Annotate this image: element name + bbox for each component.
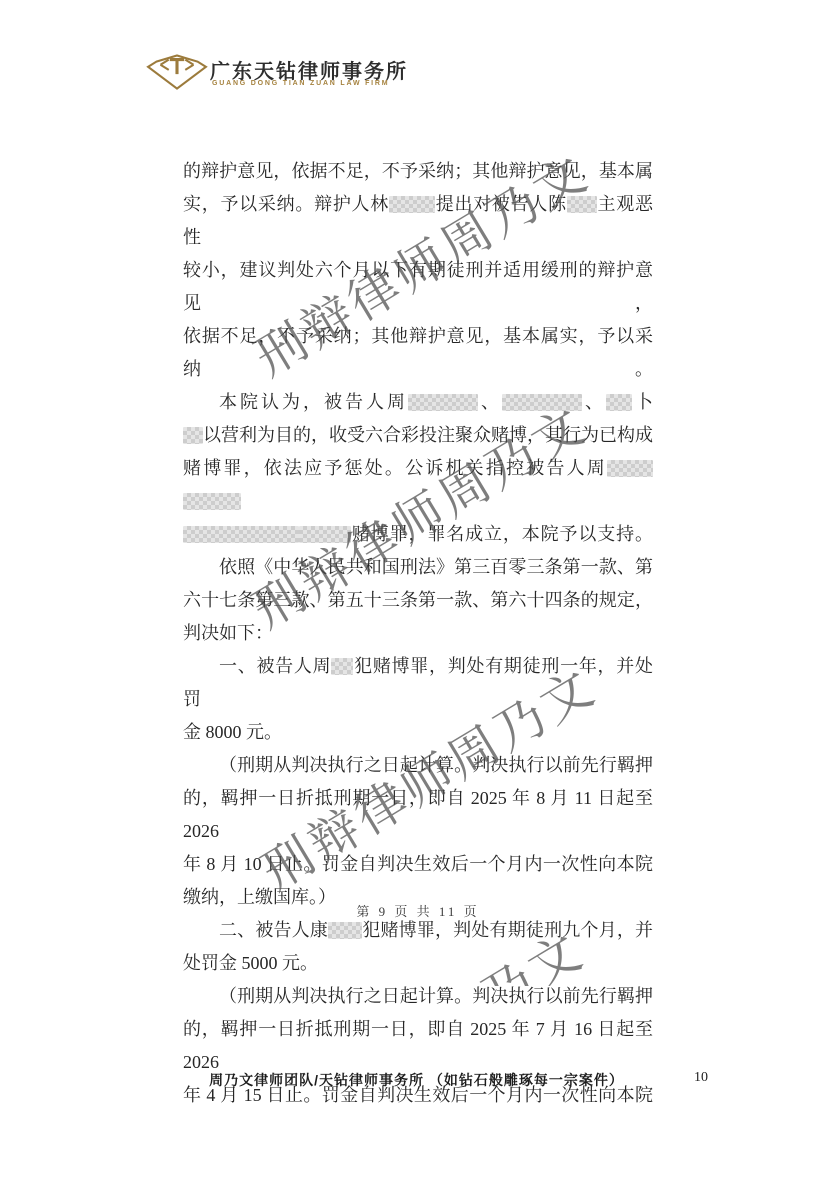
line-text: 、 bbox=[478, 392, 502, 412]
line-text: 依据不足，不予采纳；其他辩护意见，基本属实，予以采纳。 bbox=[183, 326, 653, 379]
letterhead: 广东天钻律师事务所 GUANG DONG TIAN ZUAN LAW FIRM bbox=[0, 0, 833, 110]
text-line: 年 4 月 15 日止。罚金自判决生效后一个月内一次性向本院 bbox=[183, 1079, 653, 1112]
line-text: 判决如下： bbox=[183, 623, 273, 643]
text-line: 判决如下： bbox=[183, 617, 653, 650]
redaction-block bbox=[183, 493, 241, 510]
firm-name-english: GUANG DONG TIAN ZUAN LAW FIRM bbox=[212, 80, 389, 87]
scan-page-number: 第 9 页 共 11 页 bbox=[183, 901, 653, 920]
redaction-block bbox=[231, 526, 299, 543]
text-line: 的，羁押一日折抵刑期一日，即自 2025 年 7 月 16 日起至 2026 bbox=[183, 1013, 653, 1079]
line-text: 的辩护意见，依据不足，不予采纳；其他辩护意见，基本属 bbox=[183, 161, 653, 181]
line-text: 赌博罪，依法应予惩处。公诉机关指控被告人周 bbox=[183, 458, 607, 478]
redaction-block bbox=[183, 526, 231, 543]
redaction-block bbox=[567, 196, 597, 213]
document-page: 广东天钻律师事务所 GUANG DONG TIAN ZUAN LAW FIRM … bbox=[0, 0, 833, 1178]
text-line: 的辩护意见，依据不足，不予采纳；其他辩护意见，基本属 bbox=[183, 155, 653, 188]
text-line: 赌博罪，依法应予惩处。公诉机关指控被告人周 bbox=[183, 452, 653, 518]
line-text: （刑期从判决执行之日起计算。判决执行以前先行羁押 bbox=[219, 755, 653, 775]
line-text: 六十七条第三款、第五十三条第一款、第六十四条的规定， bbox=[183, 590, 653, 610]
line-text: 实，予以采纳。辩护人林 bbox=[183, 194, 389, 214]
line-text: 依照《中华人民共和国刑法》第三百零三条第一款、第 bbox=[219, 557, 653, 577]
text-line: 本院认为，被告人周、、卜 bbox=[183, 386, 653, 419]
redaction-block bbox=[183, 427, 203, 444]
line-text: 以营利为目的，收受六合彩投注聚众赌博，其行为已构成 bbox=[203, 425, 653, 445]
text-line: 的，羁押一日折抵刑期一日，即自 2025 年 8 月 11 日起至 2026 bbox=[183, 782, 653, 848]
redaction-block bbox=[606, 394, 632, 411]
line-text: 赌博罪，罪名成立，本院予以支持。 bbox=[351, 524, 653, 544]
text-line: 较小，建议判处六个月以下有期徒刑并适用缓刑的辩护意见， bbox=[183, 254, 653, 320]
text-line: （刑期从判决执行之日起计算。判决执行以前先行羁押 bbox=[183, 749, 653, 782]
line-text: 的，羁押一日折抵刑期一日，即自 2025 年 7 月 16 日起至 2026 bbox=[183, 1019, 653, 1072]
line-text: 年 8 月 10 日止。罚金自判决生效后一个月内一次性向本院 bbox=[183, 854, 653, 874]
line-text: 年 4 月 15 日止。罚金自判决生效后一个月内一次性向本院 bbox=[183, 1085, 653, 1105]
text-line: 以营利为目的，收受六合彩投注聚众赌博，其行为已构成 bbox=[183, 419, 653, 452]
line-text: 的，羁押一日折抵刑期一日，即自 2025 年 8 月 11 日起至 2026 bbox=[183, 788, 653, 841]
footer-page-number: 10 bbox=[694, 1070, 708, 1086]
text-line: （刑期从判决执行之日起计算。判决执行以前先行羁押 bbox=[183, 980, 653, 1013]
text-line: 金 8000 元。 bbox=[183, 716, 653, 749]
line-text: 处罚金 5000 元。 bbox=[183, 953, 318, 973]
redaction-block bbox=[331, 658, 353, 675]
redaction-block bbox=[607, 460, 653, 477]
text-line: 一、被告人周犯赌博罪，判处有期徒刑一年，并处罚 bbox=[183, 650, 653, 716]
text-line: 实，予以采纳。辩护人林提出对被告人陈主观恶性 bbox=[183, 188, 653, 254]
line-text: 金 8000 元。 bbox=[183, 722, 282, 742]
redaction-block bbox=[328, 922, 362, 939]
line-text: 犯赌博罪，判处有期徒刑九个月，并 bbox=[362, 920, 653, 940]
redaction-block bbox=[408, 394, 478, 411]
line-text: 、 bbox=[582, 392, 606, 412]
redaction-block bbox=[502, 394, 582, 411]
line-text: 二、被告人康 bbox=[219, 920, 328, 940]
redaction-block bbox=[299, 526, 351, 543]
line-text: 本院认为，被告人周 bbox=[219, 392, 408, 412]
redaction-block bbox=[389, 196, 435, 213]
judgment-body: 的辩护意见，依据不足，不予采纳；其他辩护意见，基本属实，予以采纳。辩护人林提出对… bbox=[183, 155, 653, 1112]
diamond-T-logo-icon bbox=[146, 52, 208, 92]
text-line: 赌博罪，罪名成立，本院予以支持。 bbox=[183, 518, 653, 551]
line-text: 较小，建议判处六个月以下有期徒刑并适用缓刑的辩护意见， bbox=[183, 260, 653, 313]
text-line: 依据不足，不予采纳；其他辩护意见，基本属实，予以采纳。 bbox=[183, 320, 653, 386]
text-line: 处罚金 5000 元。 bbox=[183, 947, 653, 980]
line-text: 一、被告人周 bbox=[219, 656, 331, 676]
line-text: 提出对被告人陈 bbox=[435, 194, 567, 214]
text-line: 依照《中华人民共和国刑法》第三百零三条第一款、第 bbox=[183, 551, 653, 584]
line-text: （刑期从判决执行之日起计算。判决执行以前先行羁押 bbox=[219, 986, 653, 1006]
text-line: 六十七条第三款、第五十三条第一款、第六十四条的规定， bbox=[183, 584, 653, 617]
line-text: 卜 bbox=[632, 392, 653, 412]
text-line: 年 8 月 10 日止。罚金自判决生效后一个月内一次性向本院 bbox=[183, 848, 653, 881]
